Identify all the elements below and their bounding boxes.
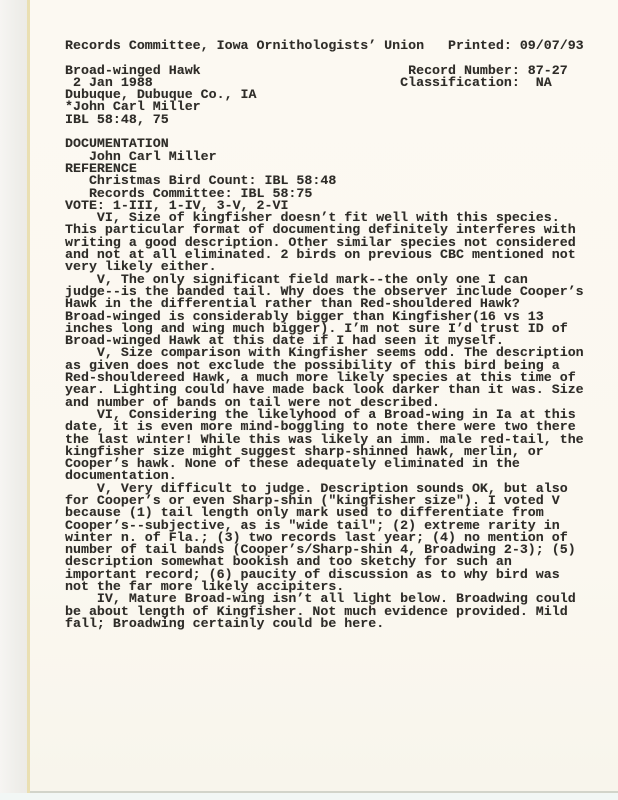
- comment-line: fall; Broadwing certainly could be here.: [65, 618, 584, 630]
- scan-bottom-edge: [0, 793, 618, 800]
- typewritten-text: Records Committee, Iowa Ornithologists’ …: [65, 40, 584, 630]
- documentation-name-line: John Carl Miller: [65, 151, 584, 163]
- scanned-document: Records Committee, Iowa Ornithologists’ …: [0, 0, 618, 800]
- ibl-line: IBL 58:48, 75: [65, 114, 584, 126]
- title-line: Records Committee, Iowa Ornithologists’ …: [65, 40, 584, 52]
- scan-backdrop: [0, 0, 30, 800]
